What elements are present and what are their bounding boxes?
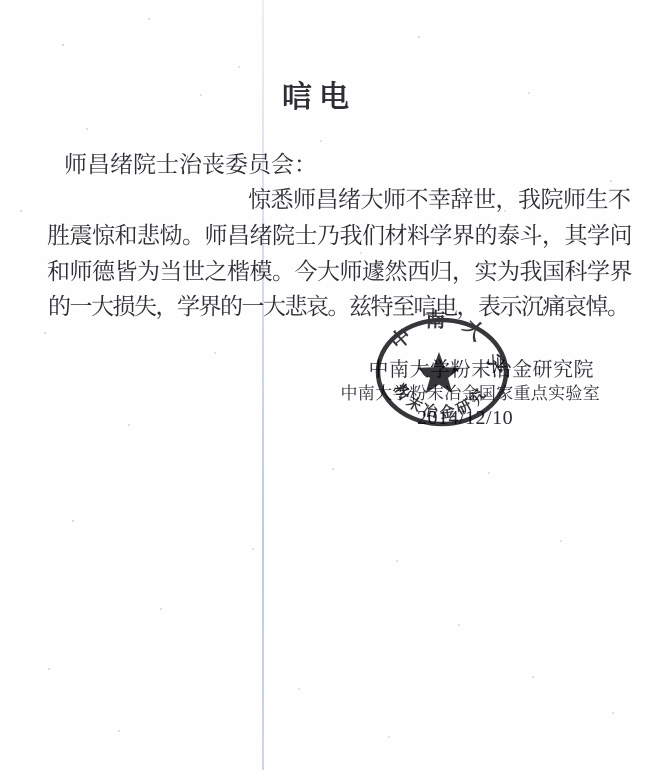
- official-seal-stamp: 中南大学 粉末冶金研究院: [364, 307, 520, 437]
- stamp-star-icon: [417, 352, 461, 394]
- body-line-2: 胜震惊和悲恸。师昌绪院士乃我们材料学界的泰斗，其学问: [47, 217, 632, 250]
- salutation-line: 师昌绪院士治丧委员会：: [64, 146, 317, 179]
- body-line-1: 惊悉师昌绪大师不幸辞世，我院师生不: [248, 181, 631, 214]
- body-line-3: 和师德皆为当世之楷模。今大师遽然西归，实为我国科学界: [47, 253, 632, 286]
- scan-noise-speckles: [0, 0, 2, 2]
- scanned-condolence-letter: 唁电 师昌绪院士治丧委员会： 惊悉师昌绪大师不幸辞世，我院师生不 胜震惊和悲恸。…: [0, 0, 650, 770]
- body-line-4: 的一大损失，学界的一大悲哀。兹特至唁电，表示沉痛哀悼。: [48, 288, 629, 321]
- letter-title: 唁电: [0, 72, 644, 116]
